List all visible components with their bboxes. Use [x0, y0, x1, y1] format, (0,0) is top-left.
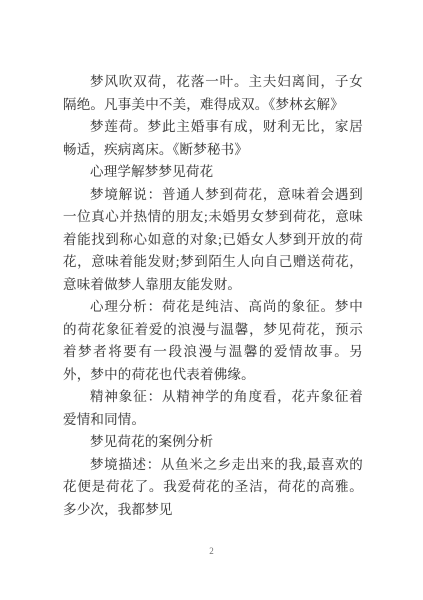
para-dream-description: 梦境描述：从鱼米之乡走出来的我,最喜欢的花便是荷花了。我爱荷花的圣洁，荷花的高雅…	[63, 454, 363, 522]
para-spiritual-symbol: 精神象征：从精神学的角度看，花卉象征着爱情和同情。	[63, 386, 363, 431]
heading-psychology-interpretation: 心理学解梦梦见荷花	[63, 161, 363, 184]
document-page: 梦风吹双荷，花落一叶。主夫妇离间，子女隔绝。凡事美中不美，难得成双。《梦林玄解》…	[0, 0, 423, 600]
para-menglinxuanjie-quote: 梦风吹双荷，花落一叶。主夫妇离间，子女隔绝。凡事美中不美，难得成双。《梦林玄解》	[63, 71, 363, 116]
heading-case-analysis: 梦见荷花的案例分析	[63, 431, 363, 454]
document-text-block: 梦风吹双荷，花落一叶。主夫妇离间，子女隔绝。凡事美中不美，难得成双。《梦林玄解》…	[63, 71, 363, 521]
para-duanmengmishu-quote: 梦莲荷。梦此主婚事有成，财利无比，家居畅适，疾病离床。《断梦秘书》	[63, 116, 363, 161]
para-dream-explanation: 梦境解说：普通人梦到荷花，意味着会遇到一位真心并热情的朋友;未婚男女梦到荷花，意…	[63, 184, 363, 297]
page-number: 2	[0, 545, 423, 557]
para-psychological-analysis: 心理分析：荷花是纯洁、高尚的象征。梦中的荷花象征着爱的浪漫与温馨，梦见荷花，预示…	[63, 296, 363, 386]
